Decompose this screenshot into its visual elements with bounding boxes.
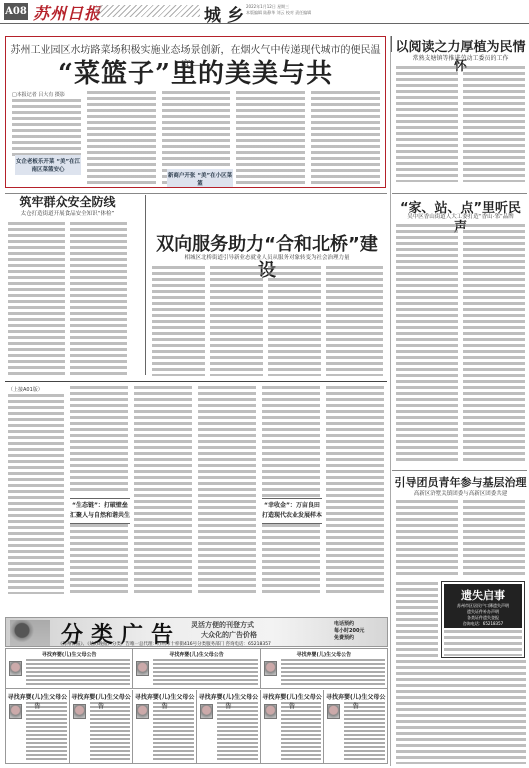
notice-phone: 咨询电话：65218357 — [444, 621, 522, 627]
right-top-subtitle: 常熟支塘镇等推进劳动工委员的工作 — [394, 53, 527, 62]
notice-card-text — [217, 702, 258, 760]
left-mid-text-col2 — [70, 222, 127, 376]
right-column-divider — [390, 36, 391, 766]
notice-row-2: 寻找弃婴(儿)生父母公告 寻找弃婴(儿)生父母公告 寻找弃婴(儿)生父母公告 寻… — [6, 690, 387, 764]
right-top-text-col1 — [396, 66, 458, 182]
notice-card-text — [281, 659, 385, 685]
ad-slogan-2: 大众化的广告价格 — [201, 630, 257, 640]
center-mid-subtitle: 相城区北桥街道引导新业态就业人员从服务对象转变为社会治理力量 — [148, 253, 386, 261]
lower-text-col5a — [262, 386, 320, 498]
notice-card-text — [26, 659, 130, 685]
ad-contact-line: 《苏州日报》、《姑苏晚报》分类广告唯一总代理：苏州市十梓街416号分类服务部门 … — [58, 641, 271, 647]
subhead-harvest: “幸收金”：万亩良田 打造现代农业发展样本 — [262, 498, 322, 524]
newspaper-logo: 苏州日报 — [33, 1, 101, 24]
right-mid-text-col1 — [396, 224, 458, 464]
notice-card[interactable]: 寻找弃婴(儿)生父母公告 — [70, 690, 134, 764]
notice-text — [444, 630, 522, 656]
center-text-col2 — [210, 266, 263, 376]
child-photo — [136, 661, 149, 676]
lead-headline[interactable]: “菜篮子”里的美美与共 — [6, 53, 385, 90]
notice-card-text — [281, 702, 322, 760]
right-bottom-text-col2 — [463, 500, 525, 576]
notice-card-text — [26, 702, 67, 760]
ad-side-line: 每小时200元 — [334, 628, 364, 635]
right-bottom-text-col1 — [396, 500, 458, 576]
left-mid-subtitle: 太仓打造街道开展食品安全知识“体检” — [5, 209, 130, 217]
section-title: 城乡 — [204, 1, 250, 26]
right-bottom-subtitle: 高新区浒墅关镇团委与高新区团委共建 — [394, 489, 527, 497]
right-bottom-headline[interactable]: 引导团员青年参与基层治理 — [394, 474, 527, 490]
ad-side-line: 免费预约 — [334, 635, 364, 642]
center-text-col4 — [326, 266, 383, 376]
notice-card-text — [90, 702, 131, 760]
lower-text-col5b — [262, 524, 320, 594]
child-photo — [9, 704, 22, 719]
lead-column-5 — [311, 91, 380, 185]
body-text — [311, 91, 380, 185]
notice-card[interactable]: 寻找弃婴(儿)生父母公告 — [133, 649, 260, 688]
child-photo — [264, 704, 277, 719]
divider — [392, 193, 527, 194]
issue-meta: 2022年1月12日 星期三 本版编辑 陆静华 刘云 校对 责任编辑 — [246, 4, 311, 16]
lower-text-col4 — [198, 386, 256, 594]
lower-text-col1 — [8, 394, 64, 594]
notice-card[interactable]: 寻找弃婴(儿)生父母公告 — [6, 649, 133, 688]
editor-credits: 本版编辑 陆静华 刘云 校对 责任编辑 — [246, 10, 311, 16]
notice-title: 遗失启事 — [444, 587, 522, 603]
byline: □本报记者 吕大有 摄影 — [12, 91, 81, 98]
notice-card-title: 寻找弃婴(儿)生父母公告 — [261, 651, 387, 658]
center-text-col1 — [152, 266, 205, 376]
child-photo — [264, 661, 277, 676]
lower-text-col6 — [326, 386, 384, 594]
body-text — [236, 91, 305, 185]
notice-card[interactable]: 寻找弃婴(儿)生父母公告 — [261, 690, 325, 764]
notice-card-title: 寻找弃婴(儿)生父母公告 — [133, 651, 259, 658]
column-divider — [145, 195, 146, 375]
continuation-note: （上接A01版） — [8, 386, 43, 393]
adoption-notices: 寻找弃婴(儿)生父母公告 寻找弃婴(儿)生父母公告 寻找弃婴(儿)生父母公告 寻… — [5, 648, 388, 764]
notice-card-text — [153, 659, 257, 685]
child-photo — [9, 661, 22, 676]
right-mid-subtitle: 吴中区香山街道人大工委打造“香山·邻”品牌 — [394, 212, 527, 220]
notice-row-1: 寻找弃婴(儿)生父母公告 寻找弃婴(儿)生父母公告 寻找弃婴(儿)生父母公告 — [6, 649, 387, 689]
column-divider — [391, 36, 392, 52]
child-photo — [73, 704, 86, 719]
lower-text-col2 — [70, 386, 128, 494]
lead-column-4 — [236, 91, 305, 185]
notice-card-text — [344, 702, 385, 760]
lead-article: 苏州工业园区水坊路菜场积极实施业态场景创新，在烟火气中传递现代城市的便民温度——… — [5, 36, 386, 188]
lower-text-col3 — [134, 386, 192, 594]
child-photo — [200, 704, 213, 719]
notice-card[interactable]: 寻找弃婴(儿)生父母公告 — [261, 649, 387, 688]
lost-notice-box: 遗失启事 苏州市区居民户口簿遗失声明 遗失证件补办声明 各类证件遗失登报 咨询电… — [441, 581, 525, 658]
left-mid-text-col1 — [8, 222, 65, 376]
right-top-text-col2 — [463, 66, 525, 182]
ad-photo — [10, 620, 50, 646]
notice-card-title: 寻找弃婴(儿)生父母公告 — [6, 651, 132, 658]
decorative-wave-pattern — [96, 5, 200, 17]
ad-side-info: 电话预约 每小时200元 免费预约 — [334, 621, 364, 642]
divider — [392, 470, 527, 471]
notice-card-text — [153, 702, 194, 760]
ad-side-line: 电话预约 — [334, 621, 364, 628]
notice-text-left — [396, 582, 438, 658]
lower-text-col2b — [70, 524, 128, 594]
notice-card[interactable]: 寻找弃婴(儿)生父母公告 — [324, 690, 387, 764]
notice-listings — [396, 660, 526, 764]
notice-card[interactable]: 寻找弃婴(儿)生父母公告 — [197, 690, 261, 764]
notice-card[interactable]: 寻找弃婴(儿)生父母公告 — [133, 690, 197, 764]
left-mid-headline[interactable]: 筑牢群众安全防线 — [5, 193, 130, 210]
body-text — [12, 99, 81, 157]
lead-column-2 — [87, 91, 156, 185]
child-photo — [327, 704, 340, 719]
ad-slogan-1: 灵活方便的刊登方式 — [191, 620, 254, 630]
right-mid-text-col2 — [463, 224, 525, 464]
masthead: A08 苏州日报 城乡 2022年1月12日 星期三 本版编辑 陆静华 刘云 校… — [0, 0, 529, 24]
center-text-col3 — [268, 266, 321, 376]
subhead-ecology: “生态链”：打破壁垒 汇聚人与自然和谐共生 — [70, 498, 130, 524]
divider — [5, 381, 387, 382]
notice-header: 遗失启事 苏州市区居民户口簿遗失声明 遗失证件补办声明 各类证件遗失登报 咨询电… — [444, 584, 522, 628]
page-number: A08 — [4, 3, 28, 20]
pullquote-1: 女企老板乐开菜 “美”在江南区菜篮安心 — [15, 155, 81, 175]
pullquote-2: 新商户开张 “美”在小区菜篮 — [167, 169, 233, 187]
notice-card[interactable]: 寻找弃婴(儿)生父母公告 — [6, 690, 70, 764]
body-text — [87, 91, 156, 185]
child-photo — [136, 704, 149, 719]
classified-ad-banner[interactable]: 分类广告 灵活方便的刊登方式 大众化的广告价格 《苏州日报》、《姑苏晚报》分类广… — [5, 617, 388, 647]
